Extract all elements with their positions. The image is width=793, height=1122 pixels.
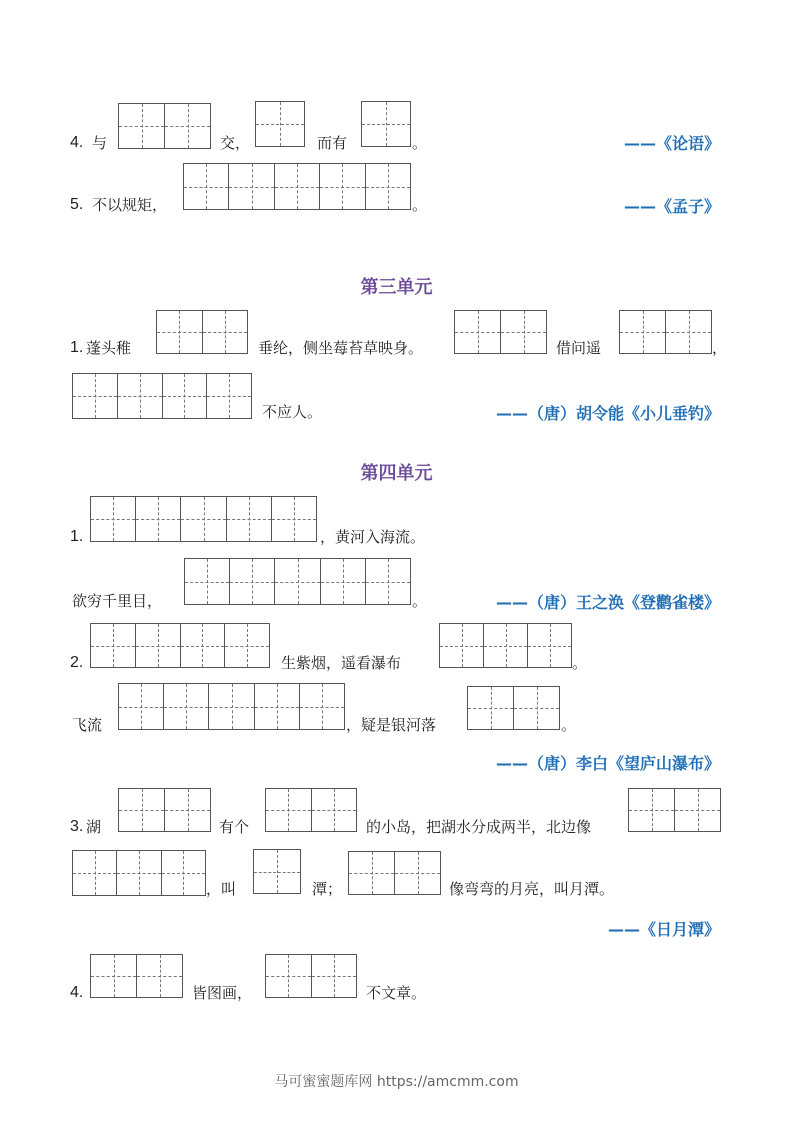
question-text: 不文章。 <box>366 984 426 1002</box>
answer-grid-1[interactable] <box>255 101 305 147</box>
answer-grid-2[interactable] <box>454 310 547 354</box>
answer-grid-3[interactable] <box>72 850 206 896</box>
answer-grid-5[interactable] <box>90 496 317 542</box>
question-text: 。 <box>412 134 427 152</box>
question-text: 不以规矩， <box>92 196 167 214</box>
source-citation: ——《论语》 <box>624 131 720 154</box>
question-text: 。 <box>412 592 427 610</box>
question-text: 交， <box>220 134 250 152</box>
question-text: 潭； <box>312 880 342 898</box>
question-number: 2. <box>70 654 83 672</box>
answer-grid-2[interactable] <box>118 788 211 832</box>
question-number: 4. <box>70 984 83 1002</box>
question-text: ，叫 <box>206 880 236 898</box>
footer-watermark: 马可蜜蜜题库网 https://amcmm.com <box>0 1071 793 1091</box>
answer-grid-5[interactable] <box>118 683 345 730</box>
source-citation: ——（唐）王之涣《登鹳雀楼》 <box>496 590 720 613</box>
answer-grid-2[interactable] <box>90 954 183 998</box>
question-number: 3. <box>70 818 83 836</box>
question-number: 5. <box>70 196 83 214</box>
answer-grid-1[interactable] <box>361 101 411 147</box>
question-text: 的小岛，把湖水分成两半，北边像 <box>366 818 591 836</box>
question-number: 1. <box>70 339 83 357</box>
answer-grid-2[interactable] <box>265 788 357 832</box>
question-text: 有个 <box>219 818 249 836</box>
unit-3-heading: 第三单元 <box>0 273 793 299</box>
answer-grid-2[interactable] <box>628 788 721 832</box>
source-citation: ——（唐）胡令能《小儿垂钓》 <box>496 401 720 424</box>
question-text: 与 <box>92 134 107 152</box>
question-text: ，疑是银河落 <box>346 716 436 734</box>
unit-4-heading: 第四单元 <box>0 459 793 485</box>
question-text: 皆图画， <box>192 984 252 1002</box>
question-text: 。 <box>412 196 427 214</box>
answer-grid-4[interactable] <box>72 373 252 419</box>
question-text: 借问遥 <box>556 339 601 357</box>
source-citation: ——《孟子》 <box>624 194 720 217</box>
answer-grid-2[interactable] <box>118 103 211 149</box>
answer-grid-2[interactable] <box>156 310 248 354</box>
answer-grid-2[interactable] <box>348 851 441 895</box>
source-citation: ——（唐）李白《望庐山瀑布》 <box>496 751 720 774</box>
answer-grid-2[interactable] <box>265 954 357 998</box>
question-text: 飞流 <box>72 716 102 734</box>
answer-grid-1[interactable] <box>253 849 301 894</box>
answer-grid-3[interactable] <box>439 623 572 668</box>
answer-grid-5[interactable] <box>183 163 411 210</box>
question-text: 垂纶，侧坐莓苔草映身。 <box>258 339 423 357</box>
question-text: 。 <box>561 716 576 734</box>
answer-grid-4[interactable] <box>90 623 270 668</box>
question-text: ，黄河入海流。 <box>320 528 425 546</box>
source-citation: ——《日月潭》 <box>608 917 720 940</box>
question-number: 4. <box>70 134 83 152</box>
answer-grid-5[interactable] <box>184 558 411 605</box>
question-text: 不应人。 <box>262 403 322 421</box>
question-text: 蓬头稚 <box>86 339 131 357</box>
answer-grid-2[interactable] <box>619 310 712 354</box>
question-text: 像弯弯的月亮，叫月潭。 <box>449 880 614 898</box>
question-number: 1. <box>70 528 83 546</box>
question-text: 。 <box>572 654 587 672</box>
question-text: 湖 <box>86 818 101 836</box>
answer-grid-2[interactable] <box>467 686 560 730</box>
question-text: 欲穷千里目， <box>72 592 162 610</box>
question-text: 而有 <box>317 134 347 152</box>
question-text: 生紫烟，遥看瀑布 <box>281 654 401 672</box>
question-text: ， <box>712 339 727 357</box>
